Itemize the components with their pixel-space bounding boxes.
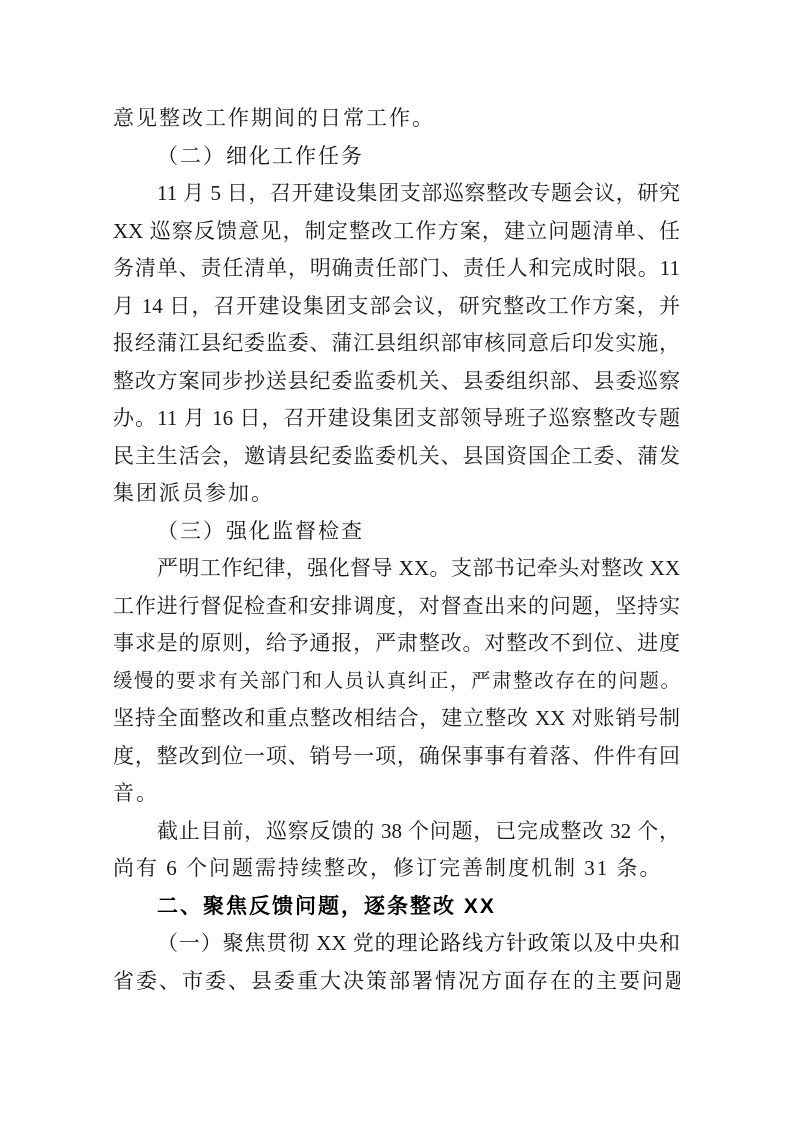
body-text-line: 务清单、责任清单，明确责任部门、责任人和完成时限。11 (113, 250, 680, 288)
body-text-line: 集团派员参加。 (113, 475, 680, 513)
subsection-heading: （一）聚焦贯彻 XX 党的理论路线方针政策以及中央和 (113, 925, 680, 963)
body-text-line: 缓慢的要求有关部门和人员认真纠正，严肃整改存在的问题。 (113, 663, 680, 701)
body-text-line: 尚有 6 个问题需持续整改，修订完善制度机制 31 条。 (113, 850, 680, 888)
body-text-line: 工作进行督促检查和安排调度，对督查出来的问题，坚持实 (113, 588, 680, 626)
subsection-heading: （三）强化监督检查 (113, 513, 680, 551)
body-text-line: 民主生活会，邀请县纪委监委机关、县国资国企工委、蒲发 (113, 438, 680, 476)
document-page: 意见整改工作期间的日常工作。（二）细化工作任务11 月 5 日，召开建设集团支部… (0, 0, 793, 1122)
body-text-line: 办。11 月 16 日，召开建设集团支部领导班子巡察整改专题 (113, 400, 680, 438)
body-text-line: 度，整改到位一项、销号一项，确保事事有着落、件件有回 (113, 738, 680, 776)
section-heading: 二、聚焦反馈问题，逐条整改 XX (113, 888, 680, 926)
body-text-line: 音。 (113, 775, 680, 813)
body-text-line: 11 月 5 日，召开建设集团支部巡察整改专题会议，研究 (113, 175, 680, 213)
subsection-heading: 省委、市委、县委重大决策部署情况方面存在的主要问题 (113, 963, 680, 1001)
body-text-line: XX 巡察反馈意见，制定整改工作方案，建立问题清单、任 (113, 213, 680, 251)
body-text-line: 事求是的原则，给予通报，严肃整改。对整改不到位、进度 (113, 625, 680, 663)
subsection-heading: （二）细化工作任务 (113, 138, 680, 176)
document-content: 意见整改工作期间的日常工作。（二）细化工作任务11 月 5 日，召开建设集团支部… (113, 100, 680, 1000)
body-text-line: 截止目前，巡察反馈的 38 个问题，已完成整改 32 个， (113, 813, 680, 851)
body-text-line: 坚持全面整改和重点整改相结合，建立整改 XX 对账销号制 (113, 700, 680, 738)
body-text-line: 严明工作纪律，强化督导 XX。支部书记牵头对整改 XX (113, 550, 680, 588)
body-text-line: 月 14 日，召开建设集团支部会议，研究整改工作方案，并 (113, 288, 680, 326)
body-text-line: 报经蒲江县纪委监委、蒲江县组织部审核同意后印发实施， (113, 325, 680, 363)
body-text-line: 整改方案同步抄送县纪委监委机关、县委组织部、县委巡察 (113, 363, 680, 401)
body-text-line: 意见整改工作期间的日常工作。 (113, 100, 680, 138)
